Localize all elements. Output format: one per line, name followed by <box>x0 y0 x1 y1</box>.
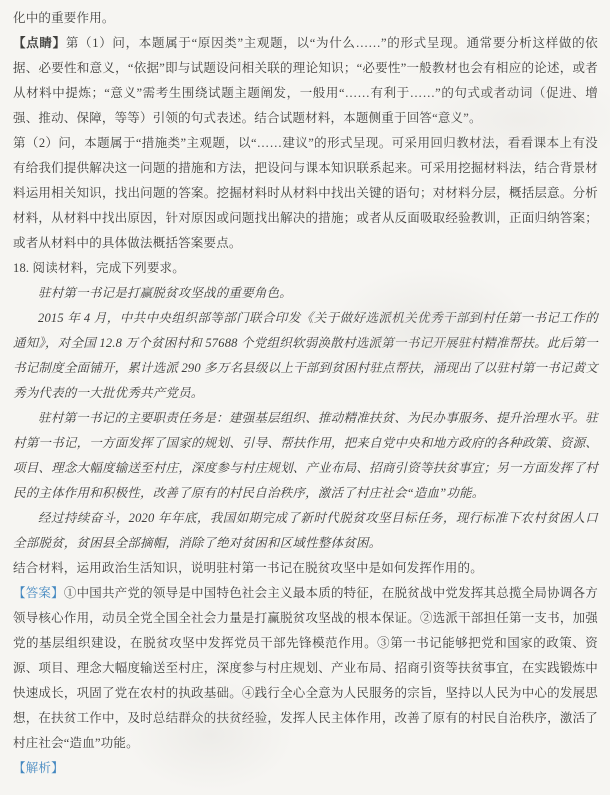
question-18-heading: 18. 阅读材料，完成下列要求。 <box>13 256 598 281</box>
dianjing-label: 【点睛】 <box>13 36 66 50</box>
dianjing-paragraph: 【点睛】第（1）问，本题属于“原因类”主观题，以“为什么……”的形式呈现。通常要… <box>13 31 598 131</box>
answer-paragraph: 【答案】①中国共产党的领导是中国特色社会主义最本质的特征，在脱贫战中党发挥其总揽… <box>13 581 598 756</box>
previous-answer-continuation: 化中的重要作用。 <box>13 6 598 31</box>
analysis-paragraph: 【解析】 <box>13 756 598 781</box>
document-page: 化中的重要作用。 【点睛】第（1）问，本题属于“原因类”主观题，以“为什么……”… <box>0 0 610 795</box>
answer-label: 【答案】 <box>13 586 64 600</box>
material-paragraph-3: 驻村第一书记的主要职责任务是：建强基层组织、推动精准扶贫、为民办事服务、提升治理… <box>13 406 598 506</box>
material-paragraph-4: 经过持续奋斗，2020 年年底，我国如期完成了新时代脱贫攻坚目标任务，现行标准下… <box>13 506 598 556</box>
material-paragraph-1: 驻村第一书记是打赢脱贫攻坚战的重要角色。 <box>13 281 598 306</box>
analysis-label: 【解析】 <box>13 761 64 775</box>
question-18-task: 结合材料，运用政治生活知识，说明驻村第一书记在脱贫攻坚中是如何发挥作用的。 <box>13 556 598 581</box>
dianjing-part2-paragraph: 第（2）问，本题属于“措施类”主观题，以“……建议”的形式呈现。可采用回归教材法… <box>13 131 598 256</box>
dianjing-text: 第（1）问，本题属于“原因类”主观题，以“为什么……”的形式呈现。通常要分析这样… <box>13 36 598 125</box>
answer-text: ①中国共产党的领导是中国特色社会主义最本质的特征，在脱贫战中党发挥其总揽全局协调… <box>13 586 598 750</box>
material-paragraph-2: 2015 年 4 月，中共中央组织部等部门联合印发《关于做好选派机关优秀干部到村… <box>13 306 598 406</box>
